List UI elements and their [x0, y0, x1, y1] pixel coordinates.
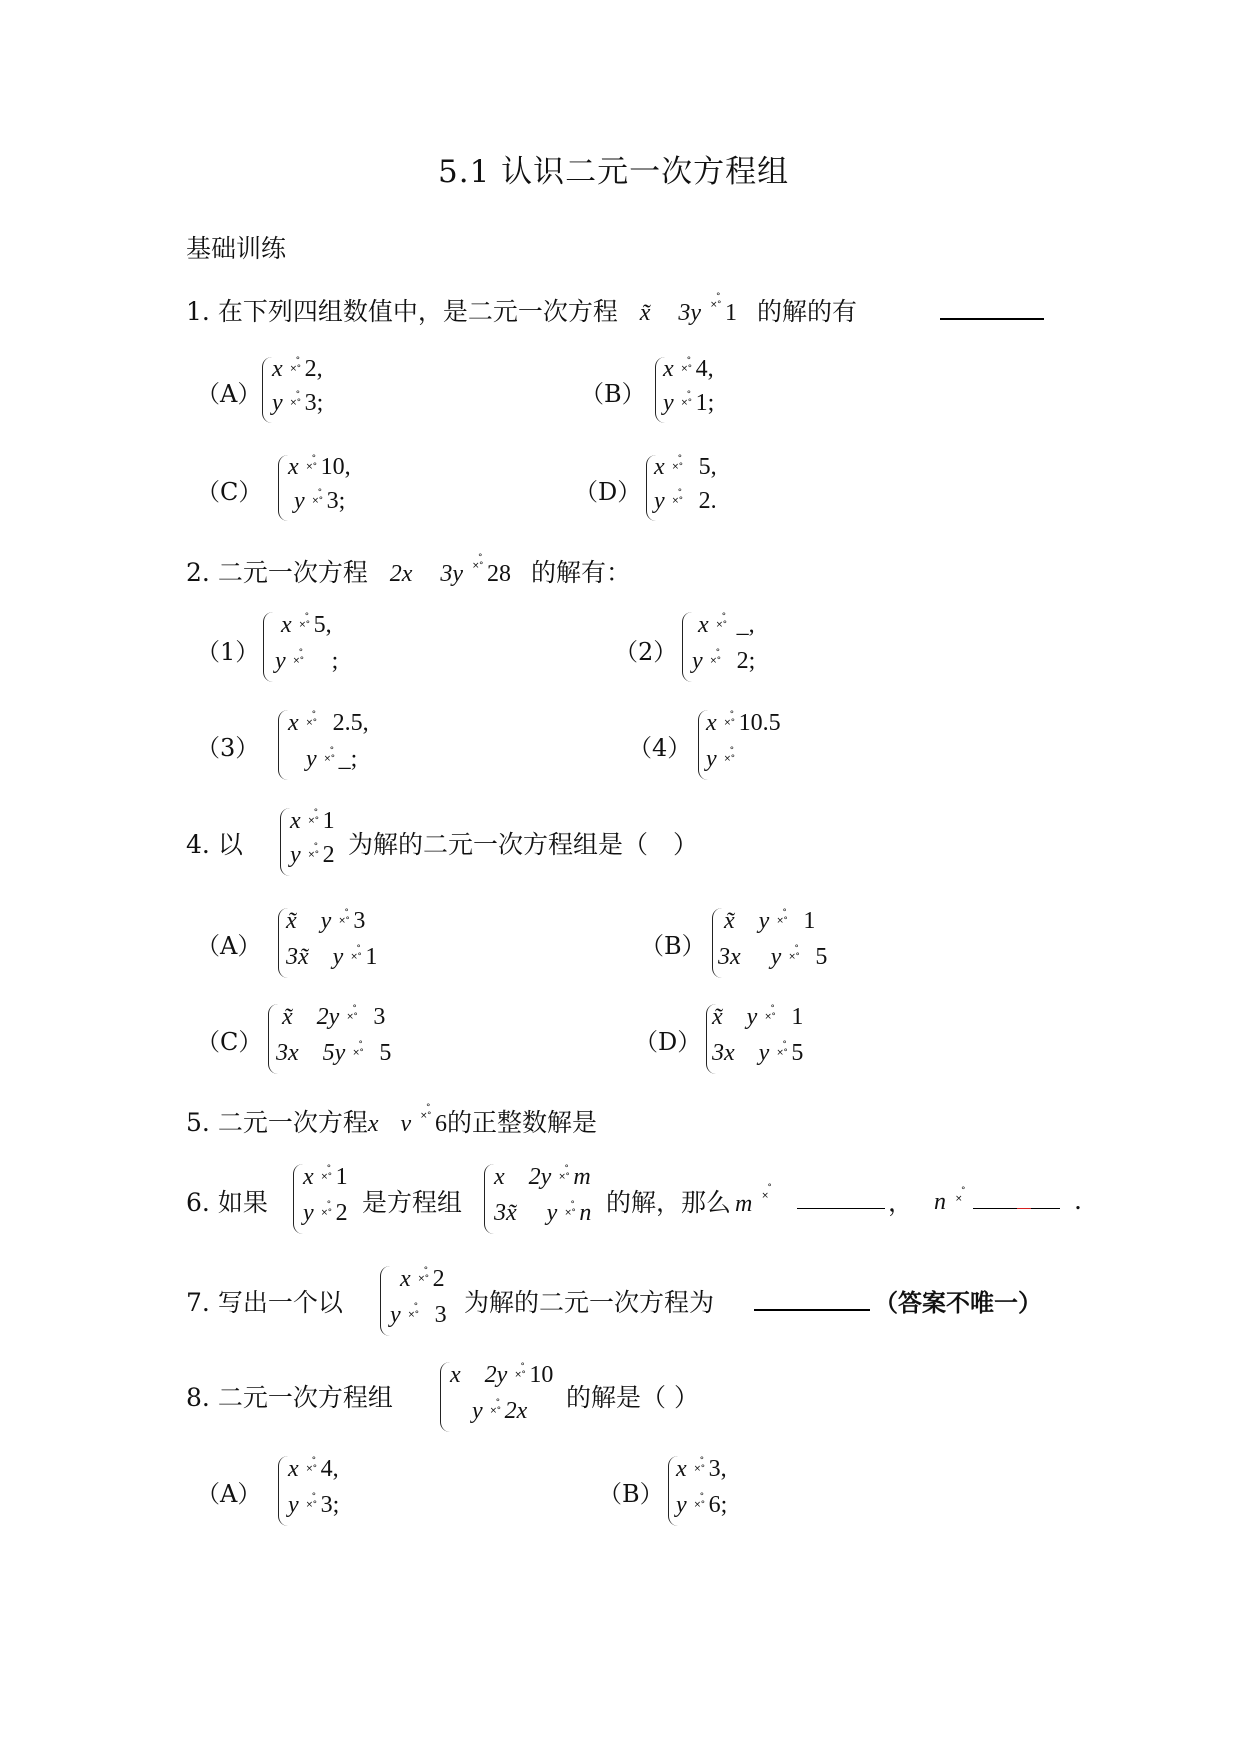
- option-label: （4）: [628, 728, 691, 763]
- period: .: [1074, 1186, 1082, 1215]
- question-text: 的正整数解是: [447, 1108, 597, 1137]
- answer-blank-m[interactable]: [797, 1208, 885, 1209]
- question-text: 为解的二元一次方程为: [464, 1283, 714, 1319]
- red-mark: [1017, 1208, 1031, 1209]
- var-n: n: [934, 1189, 946, 1215]
- question-text: 如果: [218, 1188, 268, 1217]
- question-text: 的解有：: [531, 558, 631, 587]
- note: （答案不唯一）: [874, 1283, 1042, 1318]
- question-text: 的解，那么m ×°: [606, 1183, 776, 1219]
- equals-glyph-icon: ×°: [761, 1183, 775, 1201]
- equals-glyph-icon: ×°°: [472, 553, 486, 571]
- option-label: （1）: [196, 632, 259, 667]
- answer-blank[interactable]: [940, 318, 1044, 320]
- question-text: 在下列四组数值中，是二元一次方程: [218, 297, 618, 326]
- question-number: 4.: [186, 830, 210, 859]
- question-text: 以: [218, 830, 243, 859]
- question-number: 2.: [186, 558, 210, 587]
- eq-rhs: 28: [487, 561, 511, 587]
- option-label: （D）: [634, 1022, 701, 1057]
- question-number: 8.: [186, 1383, 210, 1412]
- eq-rhs: 6: [435, 1111, 447, 1137]
- question-number: 1.: [186, 297, 210, 326]
- question-4-number: 4. 以: [186, 825, 243, 861]
- eq-term: x̃: [640, 300, 651, 326]
- question-text: 写出一个以: [218, 1288, 343, 1317]
- option-label: （A）: [196, 926, 261, 961]
- answer-blank[interactable]: [754, 1309, 870, 1311]
- question-number: 5.: [186, 1108, 210, 1137]
- question-5: 5. 二元一次方程x v ×°°6的正整数解是: [186, 1103, 597, 1139]
- eq-term: 3y: [678, 300, 701, 326]
- eq-term: x: [368, 1111, 379, 1137]
- question-number: 7.: [186, 1288, 210, 1317]
- eq-term: 3y: [440, 561, 463, 587]
- option-label: （C）: [196, 472, 262, 507]
- question-number: 6.: [186, 1188, 210, 1217]
- option-label: （C）: [196, 1022, 262, 1057]
- question-text: 的解是（ ）: [566, 1378, 699, 1414]
- option-label: （2）: [614, 632, 677, 667]
- equals-glyph-icon: ×°: [955, 1186, 969, 1204]
- eq-rhs: 1: [725, 300, 737, 326]
- equals-glyph-icon: ×°°: [710, 292, 724, 310]
- eq-term: 2x: [390, 561, 413, 587]
- page-title: 5.1 认识二元一次方程组: [438, 146, 789, 191]
- question-text: 是方程组: [362, 1183, 462, 1219]
- option-label: （A）: [196, 1474, 261, 1509]
- option-label: （D）: [574, 472, 641, 507]
- question-8-number: 8. 二元一次方程组: [186, 1378, 393, 1414]
- option-label: （3）: [196, 728, 259, 763]
- var-m: m: [735, 1191, 752, 1217]
- question-1: 1. 在下列四组数值中，是二元一次方程 x̃ 3y ×°°1 的解的有: [186, 292, 857, 328]
- comma: ，: [888, 1183, 913, 1219]
- option-label: （B）: [580, 374, 646, 409]
- section-heading: 基础训练: [186, 229, 286, 265]
- brace-icon: [263, 612, 274, 682]
- equals-glyph-icon: ×°°: [420, 1103, 434, 1121]
- question-text: 二元一次方程组: [218, 1383, 393, 1412]
- question-text: 为解的二元一次方程组是（ ）: [348, 825, 698, 861]
- question-6-number: 6. 如果: [186, 1183, 268, 1219]
- n-label: n ×°: [934, 1186, 970, 1216]
- question-text: 的解的有: [757, 297, 857, 326]
- option-label: （B）: [598, 1474, 664, 1509]
- question-7-number: 7. 写出一个以: [186, 1283, 343, 1319]
- option-label: （A）: [196, 374, 261, 409]
- question-text: 二元一次方程: [218, 1108, 368, 1137]
- question-text: 二元一次方程: [218, 558, 368, 587]
- question-2: 2. 二元一次方程 2x 3y ×°°28 的解有：: [186, 553, 631, 589]
- eq-term: v: [400, 1111, 411, 1137]
- option-label: （B）: [640, 926, 706, 961]
